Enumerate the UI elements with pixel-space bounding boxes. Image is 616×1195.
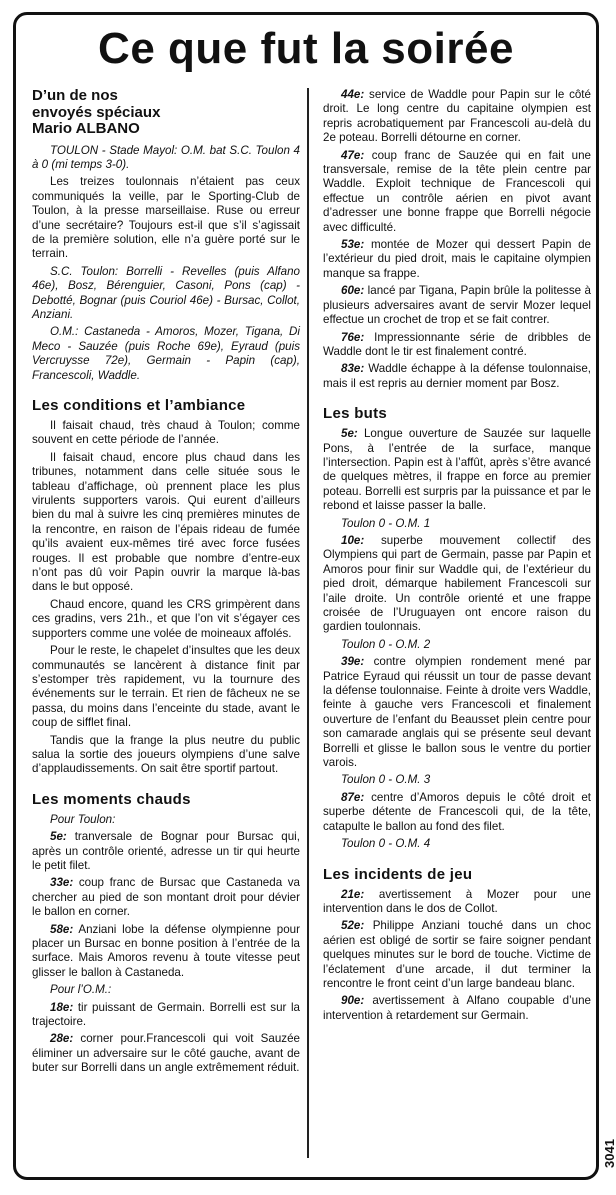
minute: 10e:: [341, 534, 364, 547]
minute: 5e:: [341, 427, 358, 440]
goal-text: centre d’Amoros depuis le côté droit et …: [323, 791, 591, 833]
moment-text: corner pour.Francescoli qui voit Sauzée …: [32, 1032, 300, 1074]
goal-score: Toulon 0 - O.M. 4: [323, 837, 591, 851]
goal-item: 87e: centre d’Amoros depuis le côté droi…: [323, 791, 591, 834]
minute: 58e:: [50, 923, 73, 936]
byline-author: Mario ALBANO: [32, 121, 300, 138]
minute: 39e:: [341, 655, 364, 668]
moment-item: 83e: Waddle échappe à la défense toulonn…: [323, 362, 591, 391]
minute: 18e:: [50, 1001, 73, 1014]
moment-item: 5e: tranversale de Bognar pour Bursac qu…: [32, 830, 300, 873]
moment-text: Anziani lobe la défense olympienne pour …: [32, 923, 300, 979]
minute: 5e:: [50, 830, 67, 843]
minute: 28e:: [50, 1032, 73, 1045]
conditions-paragraph: Il faisait chaud, encore plus chaud dans…: [32, 451, 300, 595]
moments-om-label: Pour l’O.M.:: [32, 983, 300, 997]
moment-item: 18e: tir puissant de Germain. Borrelli e…: [32, 1001, 300, 1030]
minute: 87e:: [341, 791, 364, 804]
conditions-paragraph: Il faisait chaud, très chaud à Toulon; c…: [32, 419, 300, 448]
lineup-toulon: S.C. Toulon: Borrelli - Revelles (puis A…: [32, 265, 300, 323]
page-side-mark: 3041: [602, 1108, 616, 1168]
section-heading-moments: Les moments chauds: [32, 791, 300, 808]
moment-item: 47e: coup franc de Sauzée qui en fait un…: [323, 149, 591, 235]
goal-text: contre olympien rondement mené par Patri…: [323, 655, 591, 769]
minute: 83e:: [341, 362, 364, 375]
incident-item: 52e: Philippe Anziani touché dans un cho…: [323, 919, 591, 991]
article-title: Ce que fut la soirée: [13, 22, 599, 76]
dateline: TOULON - Stade Mayol: O.M. bat S.C. Toul…: [32, 144, 300, 173]
moment-text: coup franc de Bursac que Castaneda va ch…: [32, 876, 300, 918]
incident-item: 90e: avertissement à Alfano coupable d’u…: [323, 994, 591, 1023]
goal-item: 39e: contre olympien rondement mené par …: [323, 655, 591, 770]
section-heading-incidents: Les incidents de jeu: [323, 866, 591, 883]
moment-text: coup franc de Sauzée qui en fait une tra…: [323, 149, 591, 234]
goal-item: 5e: Longue ouverture de Sauzée sur laque…: [323, 427, 591, 513]
column-divider: [307, 88, 309, 1158]
minute: 53e:: [341, 238, 364, 251]
goal-text: Longue ouverture de Sauzée sur laquelle …: [323, 427, 591, 512]
minute: 47e:: [341, 149, 364, 162]
moment-item: 33e: coup franc de Bursac que Castaneda …: [32, 876, 300, 919]
moment-text: tranversale de Bognar pour Bursac qui, a…: [32, 830, 300, 872]
incident-text: Philippe Anziani touché dans un choc aér…: [323, 919, 591, 990]
moment-item: 28e: corner pour.Francescoli qui voit Sa…: [32, 1032, 300, 1075]
minute: 52e:: [341, 919, 364, 932]
incident-text: avertissement à Alfano coupable d’une in…: [323, 994, 591, 1021]
moment-text: montée de Mozer qui dessert Papin de l’e…: [323, 238, 591, 280]
moment-item: 44e: service de Waddle pour Papin sur le…: [323, 88, 591, 146]
byline: D’un de nos envoyés spéciaux Mario ALBAN…: [32, 88, 300, 138]
moment-text: tir puissant de Germain. Borrelli est su…: [32, 1001, 300, 1028]
byline-line: envoyés spéciaux: [32, 105, 300, 122]
minute: 33e:: [50, 876, 73, 889]
goal-score: Toulon 0 - O.M. 3: [323, 773, 591, 787]
conditions-paragraph: Pour le reste, le chapelet d’insultes qu…: [32, 644, 300, 730]
incident-text: avertissement à Mozer pour une intervent…: [323, 888, 591, 915]
moment-item: 53e: montée de Mozer qui dessert Papin d…: [323, 238, 591, 281]
goal-text: superbe mouvement collectif des Olympien…: [323, 534, 591, 633]
lineup-om: O.M.: Castaneda - Amoros, Mozer, Tigana,…: [32, 325, 300, 383]
moment-item: 76e: Impressionnante série de dribbles d…: [323, 331, 591, 360]
minute: 60e:: [341, 284, 364, 297]
moments-toulon-label: Pour Toulon:: [32, 813, 300, 827]
moment-text: Waddle échappe à la défense toulonnaise,…: [323, 362, 591, 389]
minute: 90e:: [341, 994, 364, 1007]
conditions-paragraph: Chaud encore, quand les CRS grimpèrent d…: [32, 598, 300, 641]
goal-item: 10e: superbe mouvement collectif des Oly…: [323, 534, 591, 635]
byline-line: D’un de nos: [32, 88, 300, 105]
moment-text: lancé par Tigana, Papin brûle la polites…: [323, 284, 591, 326]
minute: 44e:: [341, 88, 364, 101]
left-column: D’un de nos envoyés spéciaux Mario ALBAN…: [32, 88, 300, 1076]
moment-item: 60e: lancé par Tigana, Papin brûle la po…: [323, 284, 591, 327]
moment-text: Impressionnante série de dribbles de Wad…: [323, 331, 591, 358]
minute: 76e:: [341, 331, 364, 344]
section-heading-goals: Les buts: [323, 405, 591, 422]
moment-item: 58e: Anziani lobe la défense olympienne …: [32, 923, 300, 981]
incident-item: 21e: avertissement à Mozer pour une inte…: [323, 888, 591, 917]
conditions-paragraph: Tandis que la frange la plus neutre du p…: [32, 734, 300, 777]
intro-paragraph: Les treizes toulonnais n’étaient pas ceu…: [32, 175, 300, 261]
goal-score: Toulon 0 - O.M. 2: [323, 638, 591, 652]
section-heading-conditions: Les conditions et l’ambiance: [32, 397, 300, 414]
minute: 21e:: [341, 888, 364, 901]
moment-text: service de Waddle pour Papin sur le côté…: [323, 88, 591, 144]
goal-score: Toulon 0 - O.M. 1: [323, 517, 591, 531]
right-column: 44e: service de Waddle pour Papin sur le…: [323, 88, 591, 1026]
